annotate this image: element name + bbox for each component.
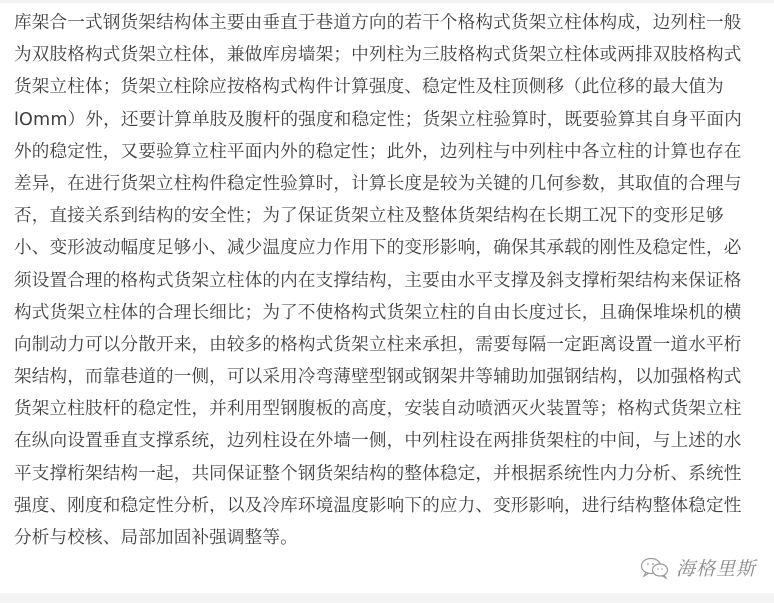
article-line: 为双肢格构式货架立柱体，兼做库房墙架；中列柱为三肢格构式货架立柱体或两排双肢格构… — [14, 39, 774, 71]
article-line: 须设置合理的格构式货架立柱体的内在支撑结构，主要由水平支撑及斜支撑桁架结构来保证… — [14, 265, 774, 297]
article-line: 货架立柱肢杆的稳定性，并利用型钢腹板的高度，安装自动喷洒灭火装置等；格构式货架立… — [14, 393, 774, 425]
bottom-bar — [0, 593, 774, 603]
article-line: lOmm）外，还要计算单肢及腹杆的强度和稳定性；货架立柱验算时，既要验算其自身平… — [14, 104, 774, 136]
article-line: 架结构，而靠巷道的一侧，可以采用冷弯薄壁型钢或钢架井等辅助加强钢结构，以加强格构… — [14, 361, 774, 393]
article-line: 分析与校核、局部加固补强调整等。 — [14, 522, 774, 554]
watermark: 海格里斯 — [640, 554, 756, 581]
article-line: 平支撑桁架结构一起，共同保证整个钢货架结构的整体稳定，并根据系统性内力分析、系统… — [14, 458, 774, 490]
watermark-text: 海格里斯 — [676, 554, 756, 581]
top-divider — [0, 0, 774, 3]
article-line: 在纵向设置垂直支撑系统，边列柱设在外墙一侧，中列柱设在两排货架柱的中间，与上述的… — [14, 425, 774, 457]
article-line: 货架立柱体；货架立柱除应按格构式构件计算强度、稳定性及柱顶侧移（此位移的最大值为 — [14, 71, 774, 103]
article-body: 库架合一式钢货架结构体主要由垂直于巷道方向的若干个格构式货架立柱体构成，边列柱一… — [14, 7, 774, 554]
article-line: 小、变形波动幅度足够小、减少温度应力作用下的变形影响，确保其承载的刚性及稳定性，… — [14, 232, 774, 264]
article-line: 外的稳定性，又要验算立柱平面内外的稳定性；此外，边列柱与中列柱中各立柱的计算也存… — [14, 136, 774, 168]
article-line: 差异，在进行货架立柱构件稳定性验算时，计算长度是较为关键的几何参数，其取值的合理… — [14, 168, 774, 200]
wechat-icon — [640, 556, 670, 580]
article-line: 否，直接关系到结构的安全性；为了保证货架立柱及整体货架结构在长期工况下的变形足够 — [14, 200, 774, 232]
article-line: 构式货架立柱体的合理长细比；为了不使格构式货架立柱的自由长度过长，且确保堆垛机的… — [14, 297, 774, 329]
article-line: 强度、刚度和稳定性分析，以及冷库环境温度影响下的应力、变形影响，进行结构整体稳定… — [14, 490, 774, 522]
article-line: 向制动力可以分散开来，由较多的格构式货架立柱来承担，需要每隔一定距离设置一道水平… — [14, 329, 774, 361]
article-line: 库架合一式钢货架结构体主要由垂直于巷道方向的若干个格构式货架立柱体构成，边列柱一… — [14, 7, 774, 39]
